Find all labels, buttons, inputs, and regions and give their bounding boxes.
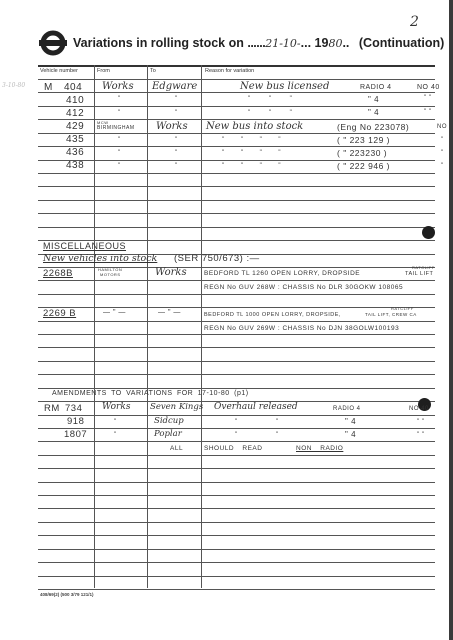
vehicle-number: 2269 B xyxy=(43,308,76,319)
reason-value: " " " xyxy=(248,96,292,102)
code-value: " " xyxy=(424,95,431,101)
vehicle-description: BEDFORD TL 1000 OPEN LORRY, DROPSIDE, xyxy=(204,312,341,318)
row-prefix: M xyxy=(44,82,53,93)
registration-chassis: REGN No GUV 269W : CHASSIS No DJN 38GOLW… xyxy=(204,325,399,332)
radio-value: " 4 xyxy=(345,417,356,426)
to-value: Sidcup xyxy=(154,416,184,426)
engine-number: ( " 222 946 ) xyxy=(337,161,390,171)
vehicle-number: 918 xyxy=(67,416,84,427)
description-superscript: RATCLIFF xyxy=(412,265,435,270)
reason-value: " " " " xyxy=(222,150,281,156)
code-value: " xyxy=(441,150,444,156)
ruled-line xyxy=(38,347,435,348)
code-value: NO xyxy=(437,124,447,130)
from-value: " xyxy=(118,96,121,102)
engine-number: (Eng No 223078) xyxy=(337,122,409,132)
reason-value: " " " " xyxy=(222,163,281,169)
misc-subheading: New vehicles into stock xyxy=(43,253,157,264)
page-title: Variations in rolling stock on ......21-… xyxy=(73,36,444,50)
to-value: " xyxy=(175,163,178,169)
reason-value: " " xyxy=(235,432,278,438)
ruled-line xyxy=(38,307,435,308)
ruled-line xyxy=(38,294,435,295)
to-value: ALL xyxy=(170,445,183,452)
ruled-line xyxy=(38,482,435,483)
ruled-line xyxy=(38,173,435,174)
code-value: NO 40 xyxy=(409,406,429,412)
from-value: " xyxy=(114,419,117,425)
vehicle-number: 404 xyxy=(64,82,82,93)
ruled-line xyxy=(38,589,435,590)
page-number: 2 xyxy=(410,14,419,30)
from-value: MOTORS xyxy=(100,272,120,277)
to-value: — " — xyxy=(158,309,181,316)
col-divider-2 xyxy=(147,65,148,588)
year-value: 80 xyxy=(328,37,342,50)
ruled-line xyxy=(38,428,435,429)
description-end: TAIL LIFT, CREW CA xyxy=(365,312,417,317)
vehicle-number: 438 xyxy=(66,160,84,171)
reason-value: " " xyxy=(235,419,278,425)
year-prefix: 19 xyxy=(315,36,329,50)
vehicle-number: 410 xyxy=(66,95,84,106)
code-value: " " xyxy=(417,419,424,425)
ruled-line xyxy=(38,186,435,187)
radio-value: " 4 xyxy=(368,108,379,117)
code-value: " " xyxy=(424,109,431,115)
ruled-line xyxy=(38,213,435,214)
ruled-line xyxy=(38,388,435,389)
radio-value: " 4 xyxy=(345,430,356,439)
from-value: Works xyxy=(102,81,134,92)
ruled-line xyxy=(38,227,435,228)
ruled-line xyxy=(38,441,435,442)
reason-value: New bus licensed xyxy=(240,81,329,92)
row-prefix: RM xyxy=(44,403,60,414)
ruled-line xyxy=(38,146,435,147)
london-transport-roundel-icon xyxy=(38,30,68,61)
col-header-from: From xyxy=(97,68,110,74)
to-value: Works xyxy=(156,121,188,132)
to-value: Seven Kings xyxy=(150,402,203,412)
to-value: Edgware xyxy=(152,81,197,92)
ruled-line xyxy=(38,106,435,107)
registration-chassis: REGN No GUV 268W : CHASSIS No DLR 30GOKW… xyxy=(204,284,403,291)
ruled-line xyxy=(38,200,435,201)
to-value: Works xyxy=(155,267,187,278)
vehicle-number: 412 xyxy=(66,108,84,119)
vehicle-description: BEDFORD TL 1260 OPEN LORRY, DROPSIDE xyxy=(204,270,360,277)
reason-value: " " " xyxy=(248,110,292,116)
ruled-line xyxy=(38,562,435,563)
ruled-line xyxy=(38,508,435,509)
date-value: 21-10- xyxy=(265,37,300,50)
title-prefix: Variations in rolling stock on xyxy=(73,36,244,50)
continuation-label: (Continuation) xyxy=(359,36,444,50)
from-value: BIRMINGHAM xyxy=(97,125,135,131)
ruled-line xyxy=(38,361,435,362)
reason-value: Overhaul released xyxy=(214,402,298,412)
ruled-line xyxy=(38,79,435,80)
vehicle-number: 436 xyxy=(66,147,84,158)
col-header-vehicle-number: Vehicle number xyxy=(40,68,78,74)
code-value: NO 40 xyxy=(417,84,440,91)
ruled-line xyxy=(38,549,435,550)
col-divider-3 xyxy=(201,65,202,588)
from-value: " xyxy=(118,137,121,143)
radio-value: RADIO 4 xyxy=(333,406,361,412)
ruled-line xyxy=(38,535,435,536)
scan-page-edge xyxy=(449,0,453,640)
from-value: " xyxy=(118,163,121,169)
code-value: " xyxy=(441,137,444,143)
ser-reference: (SER 750/673) :— xyxy=(174,253,260,264)
ruled-line xyxy=(38,415,435,416)
to-value: " xyxy=(175,96,178,102)
vehicle-number: 2268B xyxy=(43,268,73,279)
from-value: — " — xyxy=(103,309,126,316)
vehicle-number: 1807 xyxy=(64,429,87,440)
ruled-line xyxy=(38,374,435,375)
form-code: 408/69(2) (500 3/79 121/1) xyxy=(40,592,94,597)
ruled-line xyxy=(38,92,435,93)
ruled-line xyxy=(38,495,435,496)
from-value: " xyxy=(114,432,117,438)
col-header-to: To xyxy=(150,68,156,74)
vehicle-number: 429 xyxy=(66,121,84,132)
engine-number: ( " 223 129 ) xyxy=(337,135,390,145)
ruled-line xyxy=(38,455,435,456)
col-header-reason: Reason for variation xyxy=(205,68,254,74)
to-value: " xyxy=(175,150,178,156)
amendments-heading: AMENDMENTS TO VARIATIONS FOR 17-10-80 (p… xyxy=(52,390,249,397)
to-value: Poplar xyxy=(154,429,182,439)
vehicle-number: 435 xyxy=(66,134,84,145)
reason-value: " " " " xyxy=(222,137,281,143)
margin-note: 3-10-80 xyxy=(2,82,25,89)
radio-value: NON RADIO xyxy=(296,445,343,452)
from-value: " xyxy=(118,110,121,116)
ruled-line xyxy=(38,522,435,523)
table-top-rule xyxy=(38,65,435,67)
radio-value: RADIO 4 xyxy=(360,84,392,91)
ruled-line xyxy=(38,576,435,577)
description-end: TAIL LIFT xyxy=(405,271,433,277)
binder-hole-mark xyxy=(422,226,435,239)
to-value: " xyxy=(175,137,178,143)
description-superscript: RATCLIFF xyxy=(391,306,414,311)
ruled-line xyxy=(38,321,435,322)
engine-number: ( " 223230 ) xyxy=(337,148,387,158)
vehicle-number: 734 xyxy=(65,403,82,414)
reason-value: SHOULD READ xyxy=(204,445,262,452)
col-divider-1 xyxy=(94,65,95,588)
code-value: " " xyxy=(417,432,424,438)
reason-value: New bus into stock xyxy=(206,121,303,132)
code-value: " xyxy=(441,163,444,169)
misc-heading: MISCELLANEOUS xyxy=(43,241,126,251)
ruled-line xyxy=(38,280,435,281)
from-value: " xyxy=(118,150,121,156)
radio-value: " 4 xyxy=(368,95,379,104)
to-value: " xyxy=(175,110,178,116)
ruled-line xyxy=(38,334,435,335)
ruled-line xyxy=(38,133,435,134)
ruled-line xyxy=(38,468,435,469)
from-value: Works xyxy=(102,402,130,412)
